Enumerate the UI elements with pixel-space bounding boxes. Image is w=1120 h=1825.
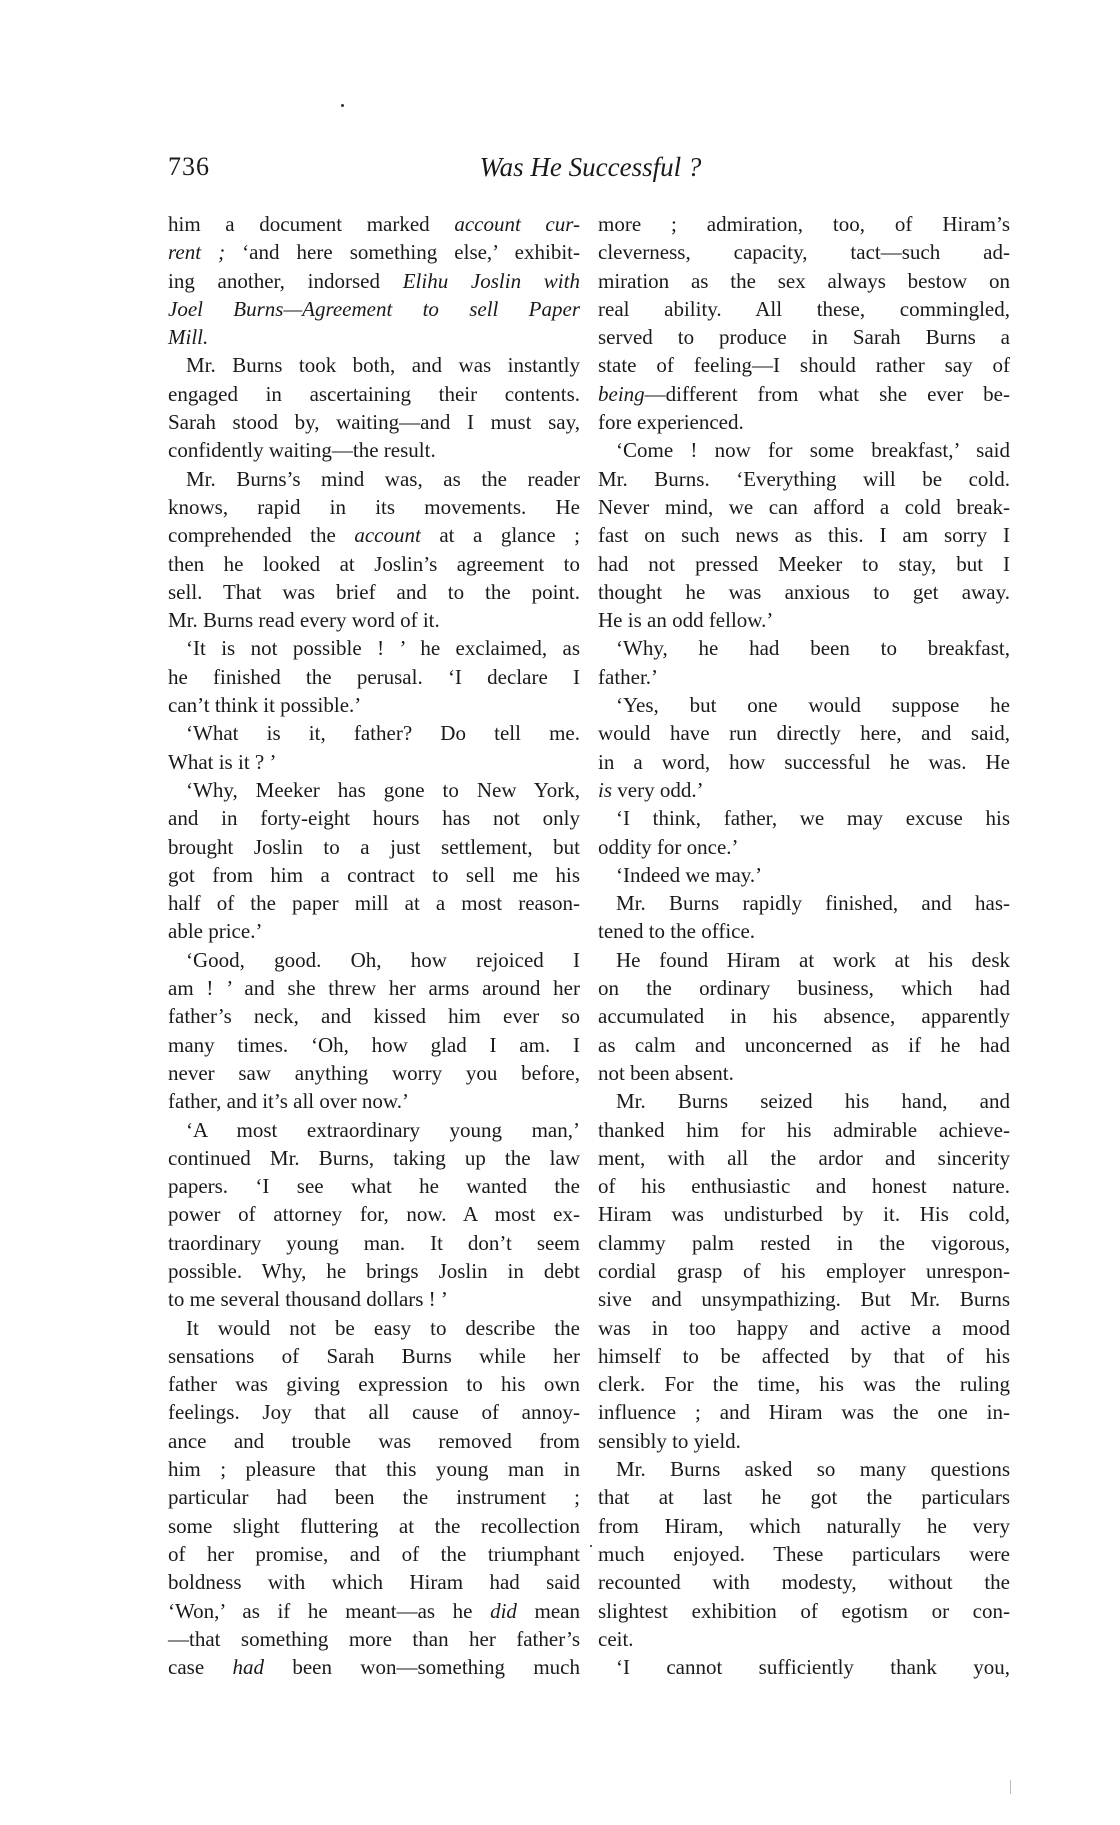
text-line: ‘I think, father, we may excuse his (598, 804, 1010, 832)
text-line: much enjoyed. These particulars were (598, 1540, 1010, 1568)
text-line: had not pressed Meeker to stay, but I (598, 550, 1010, 578)
running-title: Was He Successful ? (168, 152, 1013, 183)
text-line: It would not be easy to describe the (168, 1314, 580, 1342)
text-line: ‘Won,’ as if he meant—as he did mean (168, 1597, 580, 1625)
text-line: fast on such news as this. I am sorry I (598, 521, 1010, 549)
text-line: accumulated in his absence, apparently (598, 1002, 1010, 1030)
text-line: ing another, indorsed Elihu Joslin with (168, 267, 580, 295)
text-line: was in too happy and active a mood (598, 1314, 1010, 1342)
text-line: would have run directly here, and said, (598, 719, 1010, 747)
text-line: brought Joslin to a just settlement, but (168, 833, 580, 861)
text-line: clerk. For the time, his was the ruling (598, 1370, 1010, 1398)
text-line: him a document marked account cur- (168, 210, 580, 238)
text-line: on the ordinary business, which had (598, 974, 1010, 1002)
text-line: Never mind, we can afford a cold break- (598, 493, 1010, 521)
text-line: some slight fluttering at the recollecti… (168, 1512, 580, 1540)
text-line: himself to be affected by that of his (598, 1342, 1010, 1370)
text-line: miration as the sex always bestow on (598, 267, 1010, 295)
text-line: Sarah stood by, waiting—and I must say, (168, 408, 580, 436)
text-line: case had been won—something much (168, 1653, 580, 1681)
text-line: that at last he got the particulars (598, 1483, 1010, 1511)
text-line: is very odd.’ (598, 776, 1010, 804)
text-line: Hiram was undisturbed by it. His cold, (598, 1200, 1010, 1228)
text-line: rent ; ‘and here something else,’ exhibi… (168, 238, 580, 266)
text-line: of her promise, and of the triumphant (168, 1540, 580, 1568)
text-line: to me several thousand dollars ! ’ (168, 1285, 580, 1313)
text-line: and in forty-eight hours has not only (168, 804, 580, 832)
text-line: ‘Come ! now for some breakfast,’ said (598, 436, 1010, 464)
text-line: thanked him for his admirable achieve- (598, 1116, 1010, 1144)
text-line: thought he was anxious to get away. (598, 578, 1010, 606)
text-line: papers. ‘I see what he wanted the (168, 1172, 580, 1200)
text-line: Mr. Burns seized his hand, and (598, 1087, 1010, 1115)
text-line: real ability. All these, commingled, (598, 295, 1010, 323)
text-line: sive and unsympathizing. But Mr. Burns (598, 1285, 1010, 1313)
text-line: comprehended the account at a glance ; (168, 521, 580, 549)
text-line: influence ; and Hiram was the one in- (598, 1398, 1010, 1426)
right-column: more ; admiration, too, of Hiram’sclever… (598, 210, 1010, 1681)
text-line: sensibly to yield. (598, 1427, 1010, 1455)
text-line: cordial grasp of his employer unrespon- (598, 1257, 1010, 1285)
stray-mark (590, 1545, 592, 1547)
text-line: confidently waiting—the result. (168, 436, 580, 464)
text-line: ance and trouble was removed from (168, 1427, 580, 1455)
text-line: oddity for once.’ (598, 833, 1010, 861)
text-line: Joel Burns—Agreement to sell Paper (168, 295, 580, 323)
text-line: able price.’ (168, 917, 580, 945)
text-line: traordinary young man. It don’t seem (168, 1229, 580, 1257)
text-line: many times. ‘Oh, how glad I am. I (168, 1031, 580, 1059)
text-line: recounted with modesty, without the (598, 1568, 1010, 1596)
text-line: Mr. Burns took both, and was instantly (168, 351, 580, 379)
text-line: ‘I cannot sufficiently thank you, (598, 1653, 1010, 1681)
text-line: ‘What is it, father? Do tell me. (168, 719, 580, 747)
stray-mark (341, 104, 344, 107)
text-line: ‘A most extraordinary young man,’ (168, 1116, 580, 1144)
text-line: ‘Good, good. Oh, how rejoiced I (168, 946, 580, 974)
text-line: He found Hiram at work at his desk (598, 946, 1010, 974)
text-line: in a word, how successful he was. He (598, 748, 1010, 776)
text-line: from Hiram, which naturally he very (598, 1512, 1010, 1540)
text-line: engaged in ascertaining their contents. (168, 380, 580, 408)
text-line: tened to the office. (598, 917, 1010, 945)
text-line: father’s neck, and kissed him ever so (168, 1002, 580, 1030)
text-line: served to produce in Sarah Burns a (598, 323, 1010, 351)
text-line: Mill. (168, 323, 580, 351)
text-line: possible. Why, he brings Joslin in debt (168, 1257, 580, 1285)
text-line: sensations of Sarah Burns while her (168, 1342, 580, 1370)
page-header: 736 Was He Successful ? (168, 152, 1013, 186)
text-line: ‘It is not possible ! ’ he exclaimed, as (168, 634, 580, 662)
text-line: ‘Indeed we may.’ (598, 861, 1010, 889)
text-line: Mr. Burns rapidly finished, and has- (598, 889, 1010, 917)
text-line: He is an odd fellow.’ (598, 606, 1010, 634)
text-line: power of attorney for, now. A most ex- (168, 1200, 580, 1228)
text-line: Mr. Burns asked so many questions (598, 1455, 1010, 1483)
text-line: clammy palm rested in the vigorous, (598, 1229, 1010, 1257)
text-line: particular had been the instrument ; (168, 1483, 580, 1511)
text-line: continued Mr. Burns, taking up the law (168, 1144, 580, 1172)
stray-mark (1010, 1780, 1011, 1794)
text-line: never saw anything worry you before, (168, 1059, 580, 1087)
text-line: ment, with all the ardor and sincerity (598, 1144, 1010, 1172)
text-line: ‘Why, he had been to breakfast, (598, 634, 1010, 662)
text-line: ‘Why, Meeker has gone to New York, (168, 776, 580, 804)
text-line: knows, rapid in its movements. He (168, 493, 580, 521)
left-column: him a document marked account cur-rent ;… (168, 210, 580, 1681)
text-line: him ; pleasure that this young man in (168, 1455, 580, 1483)
text-line: —that something more than her father’s (168, 1625, 580, 1653)
text-line: half of the paper mill at a most reason- (168, 889, 580, 917)
text-line: What is it ? ’ (168, 748, 580, 776)
text-line: Mr. Burns. ‘Everything will be cold. (598, 465, 1010, 493)
text-line: father.’ (598, 663, 1010, 691)
text-line: Mr. Burns’s mind was, as the reader (168, 465, 580, 493)
text-line: ‘Yes, but one would suppose he (598, 691, 1010, 719)
text-line: got from him a contract to sell me his (168, 861, 580, 889)
text-line: father was giving expression to his own (168, 1370, 580, 1398)
text-line: being—different from what she ever be- (598, 380, 1010, 408)
text-line: can’t think it possible.’ (168, 691, 580, 719)
text-line: not been absent. (598, 1059, 1010, 1087)
text-line: of his enthusiastic and honest nature. (598, 1172, 1010, 1200)
text-line: he finished the perusal. ‘I declare I (168, 663, 580, 691)
text-line: more ; admiration, too, of Hiram’s (598, 210, 1010, 238)
text-line: boldness with which Hiram had said (168, 1568, 580, 1596)
text-line: feelings. Joy that all cause of annoy- (168, 1398, 580, 1426)
text-line: then he looked at Joslin’s agreement to (168, 550, 580, 578)
text-line: father, and it’s all over now.’ (168, 1087, 580, 1115)
text-line: slightest exhibition of egotism or con- (598, 1597, 1010, 1625)
text-line: cleverness, capacity, tact—such ad- (598, 238, 1010, 266)
text-line: state of feeling—I should rather say of (598, 351, 1010, 379)
text-line: sell. That was brief and to the point. (168, 578, 580, 606)
text-line: am ! ’ and she threw her arms around her (168, 974, 580, 1002)
text-line: Mr. Burns read every word of it. (168, 606, 580, 634)
text-line: ceit. (598, 1625, 1010, 1653)
text-line: as calm and unconcerned as if he had (598, 1031, 1010, 1059)
text-line: fore experienced. (598, 408, 1010, 436)
